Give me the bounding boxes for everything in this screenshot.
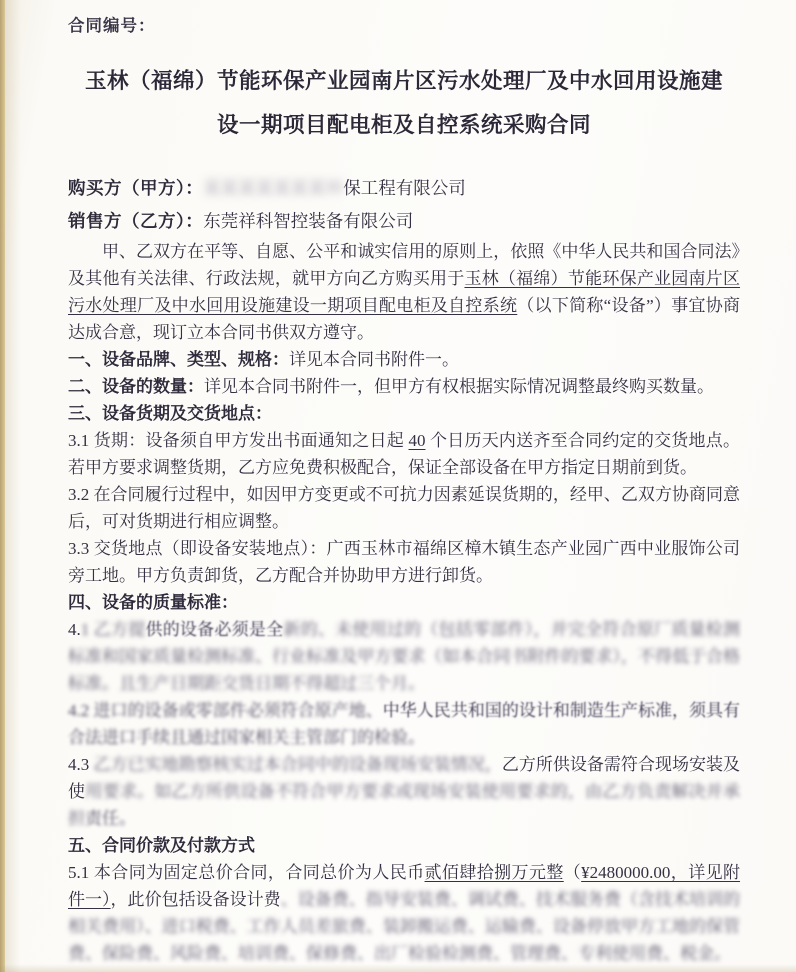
parties-block: 购买方（甲方）：某某某某某某某环保工程有限公司 销售方（乙方）：东莞祥科智控装备… [68, 172, 740, 238]
contract-title-line1: 玉林（福绵）节能环保产业园南片区污水处理厂及中水回用设施建 [68, 59, 740, 103]
clause-1-heading: 一、设备品牌、类型、规格： [68, 350, 289, 369]
contract-content: 合同编号： 玉林（福绵）节能环保产业园南片区污水处理厂及中水回用设施建 设一期项… [68, 14, 740, 967]
seller-name: 东莞祥科智控装备有限公司 [203, 211, 413, 231]
contract-title: 玉林（福绵）节能环保产业园南片区污水处理厂及中水回用设施建 设一期项目配电柜及自… [68, 59, 740, 147]
clause-5-1-mid: ，此价包括设备设计费 [111, 890, 281, 909]
clause-4-2-blur-b: 合法进口手续且通过国家相关主管部门的检验。 [68, 728, 425, 747]
contract-body: 甲、乙双方在平等、自愿、公平和诚实信用的原则上，依照《中华人民共和国合同法》及其… [68, 238, 740, 967]
clause-4-1: 4.1 乙方提供的设备必须是全新的、未使用过的（包括零部件），并完全符合原厂质量… [68, 616, 740, 697]
buyer-line: 购买方（甲方）：某某某某某某某环保工程有限公司 [68, 172, 740, 205]
contract-title-line2: 设一期项目配电柜及自控系统采购合同 [68, 103, 740, 147]
clause-3-3: 3.3 交货地点（即设备安装地点）：广西玉林市福绵区樟木镇生态产业园广西中业服饰… [68, 535, 740, 589]
clause-4-3-blur-a: 乙方已实地勘察核实过本合同中的设备现场安装情况， [94, 755, 502, 774]
buyer-name-suffix: 保工程有限公司 [343, 178, 466, 198]
seller-line: 销售方（乙方）：东莞祥科智控装备有限公司 [68, 205, 740, 238]
scan-edge [0, 0, 5, 972]
clause-2: 二、设备的数量：详见本合同书附件一，但甲方有权根据实际情况调整最终购买数量。 [68, 373, 740, 400]
clause-4-1-clear: 供的设备必须是全 [145, 620, 283, 639]
clause-5-heading: 五、合同价款及付款方式 [68, 832, 740, 859]
clause-4-3-blur-c: 责任。 [85, 809, 136, 828]
clause-1: 一、设备品牌、类型、规格：详见本合同书附件一。 [68, 346, 740, 373]
clause-4-2-clear: 中华人民共和国的设计和制造生产标准，须具有 [383, 701, 740, 720]
clause-5-1: 5.1 本合同为固定总价合同，合同总价为人民币贰佰肆拾捌万元整（¥2480000… [68, 859, 740, 967]
clause-4-2: 4.2 进口的设备或零部件必须符合原产地、中华人民共和国的设计和制造生产标准，须… [68, 697, 740, 751]
buyer-name-redacted: 某某某某某某某环 [203, 178, 343, 198]
clause-5-1-pre: 5.1 本合同为固定总价合同，合同总价为人民币 [68, 863, 425, 882]
clause-2-heading: 二、设备的数量： [68, 377, 204, 396]
delivery-days: 40 [409, 431, 426, 450]
clause-3-heading: 三、设备货期及交货地点： [68, 400, 740, 427]
seller-label: 销售方（乙方）： [68, 211, 203, 231]
contract-number-label: 合同编号： [68, 14, 740, 38]
clause-4-1-blur-a: 1 乙方提 [81, 620, 146, 639]
clause-1-body: 详见本合同书附件一。 [289, 350, 459, 369]
clause-4-3-num: 4.3 [68, 755, 94, 774]
clause-2-body: 详见本合同书附件一，但甲方有权根据实际情况调整最终购买数量。 [204, 377, 714, 396]
contract-page: 合同编号： 玉林（福绵）节能环保产业园南片区污水处理厂及中水回用设施建 设一期项… [0, 0, 796, 972]
clause-3-1: 3.1 货期：设备须自甲方发出书面通知之日起 40 个日历天内送齐至合同约定的交… [68, 427, 740, 481]
buyer-label: 购买方（甲方）： [68, 178, 203, 198]
clause-3-1-pre: 3.1 货期：设备须自甲方发出书面通知之日起 [68, 431, 409, 450]
clause-3-2: 3.2 在合同履行过程中，如因甲方变更或不可抗力因素延误货期的，经甲、乙双方协商… [68, 481, 740, 535]
clause-4-3: 4.3 乙方已实地勘察核实过本合同中的设备现场安装情况，乙方所供设备需符合现场安… [68, 751, 740, 832]
open-paren: （ [564, 863, 581, 882]
clause-4-heading: 四、设备的质量标准： [68, 589, 740, 616]
contract-amount-chinese: 贰佰肆拾捌万元整 [425, 863, 564, 882]
clause-4-2-blur-a: 4.2 进口的设备或零部件必须符合原产地、 [68, 701, 383, 720]
intro-paragraph: 甲、乙双方在平等、自愿、公平和诚实信用的原则上，依照《中华人民共和国合同法》及其… [68, 238, 740, 346]
clause-5-1-blur-b: 费、保险费、风险费、培训费、保修费、出厂检验检测费、管理费、专利使用费、税金。 [68, 944, 731, 963]
clause-4-3-blur-b: 用要求。如乙方所供设备不符合甲方要求或现场安装使用要求的，由乙方负责解决并承担 [68, 782, 740, 828]
clause-4-1-num: 4. [68, 620, 81, 639]
